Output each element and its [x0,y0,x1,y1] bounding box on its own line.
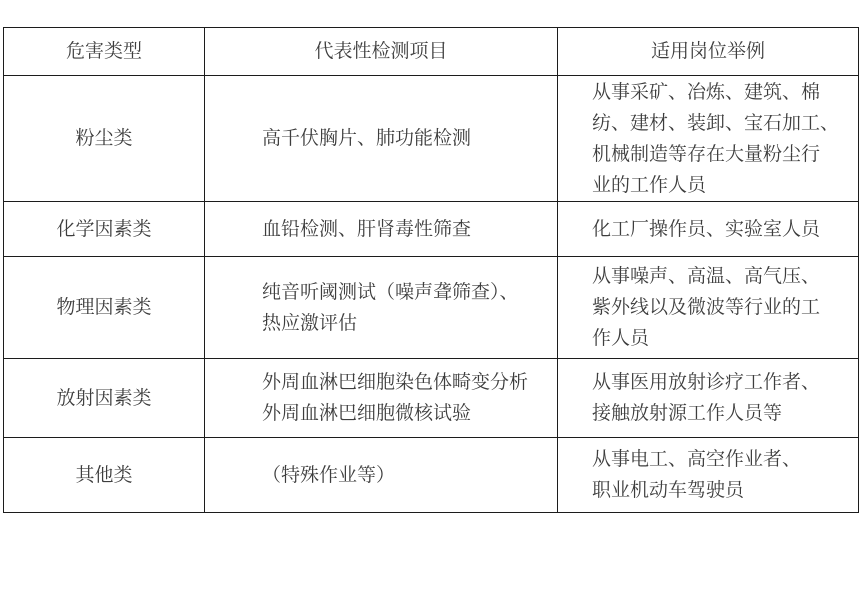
header-cell-job-examples: 适用岗位举例 [558,28,859,76]
cell-test-items: 纯音听阈测试（噪声聋筛查）、 热应激评估 [205,257,558,359]
cell-hazard-type: 物理因素类 [4,257,205,359]
table-row-other: 其他类 （特殊作业等） 从事电工、高空作业者、 职业机动车驾驶员 [4,438,859,513]
table-header: 危害类型 代表性检测项目 适用岗位举例 [4,28,859,76]
header-row: 危害类型 代表性检测项目 适用岗位举例 [4,28,859,76]
table-body: 粉尘类 高千伏胸片、肺功能检测 从事采矿、冶炼、建筑、棉 纺、建材、装卸、宝石加… [4,76,859,513]
table-row-chemical: 化学因素类 血铅检测、肝肾毒性筛查 化工厂操作员、实验室人员 [4,202,859,257]
cell-job-examples: 从事电工、高空作业者、 职业机动车驾驶员 [558,438,859,513]
table-row-radiation: 放射因素类 外周血淋巴细胞染色体畸变分析 外周血淋巴细胞微核试验 从事医用放射诊… [4,359,859,438]
table-row-physical: 物理因素类 纯音听阈测试（噪声聋筛查）、 热应激评估 从事噪声、高温、高气压、 … [4,257,859,359]
cell-job-examples: 从事噪声、高温、高气压、 紫外线以及微波等行业的工 作人员 [558,257,859,359]
cell-test-items: 高千伏胸片、肺功能检测 [205,76,558,202]
cell-hazard-type: 其他类 [4,438,205,513]
cell-test-items: 外周血淋巴细胞染色体畸变分析 外周血淋巴细胞微核试验 [205,359,558,438]
cell-test-items: 血铅检测、肝肾毒性筛查 [205,202,558,257]
table-row-dust: 粉尘类 高千伏胸片、肺功能检测 从事采矿、冶炼、建筑、棉 纺、建材、装卸、宝石加… [4,76,859,202]
cell-job-examples: 化工厂操作员、实验室人员 [558,202,859,257]
hazard-table: 危害类型 代表性检测项目 适用岗位举例 粉尘类 高千伏胸片、肺功能检测 从事采矿… [3,27,859,513]
cell-hazard-type: 化学因素类 [4,202,205,257]
header-cell-test-items: 代表性检测项目 [205,28,558,76]
cell-hazard-type: 粉尘类 [4,76,205,202]
cell-hazard-type: 放射因素类 [4,359,205,438]
header-cell-hazard-type: 危害类型 [4,28,205,76]
cell-test-items: （特殊作业等） [205,438,558,513]
cell-job-examples: 从事采矿、冶炼、建筑、棉 纺、建材、装卸、宝石加工、 机械制造等存在大量粉尘行 … [558,76,859,202]
page: 危害类型 代表性检测项目 适用岗位举例 粉尘类 高千伏胸片、肺功能检测 从事采矿… [0,0,863,613]
cell-job-examples: 从事医用放射诊疗工作者、 接触放射源工作人员等 [558,359,859,438]
